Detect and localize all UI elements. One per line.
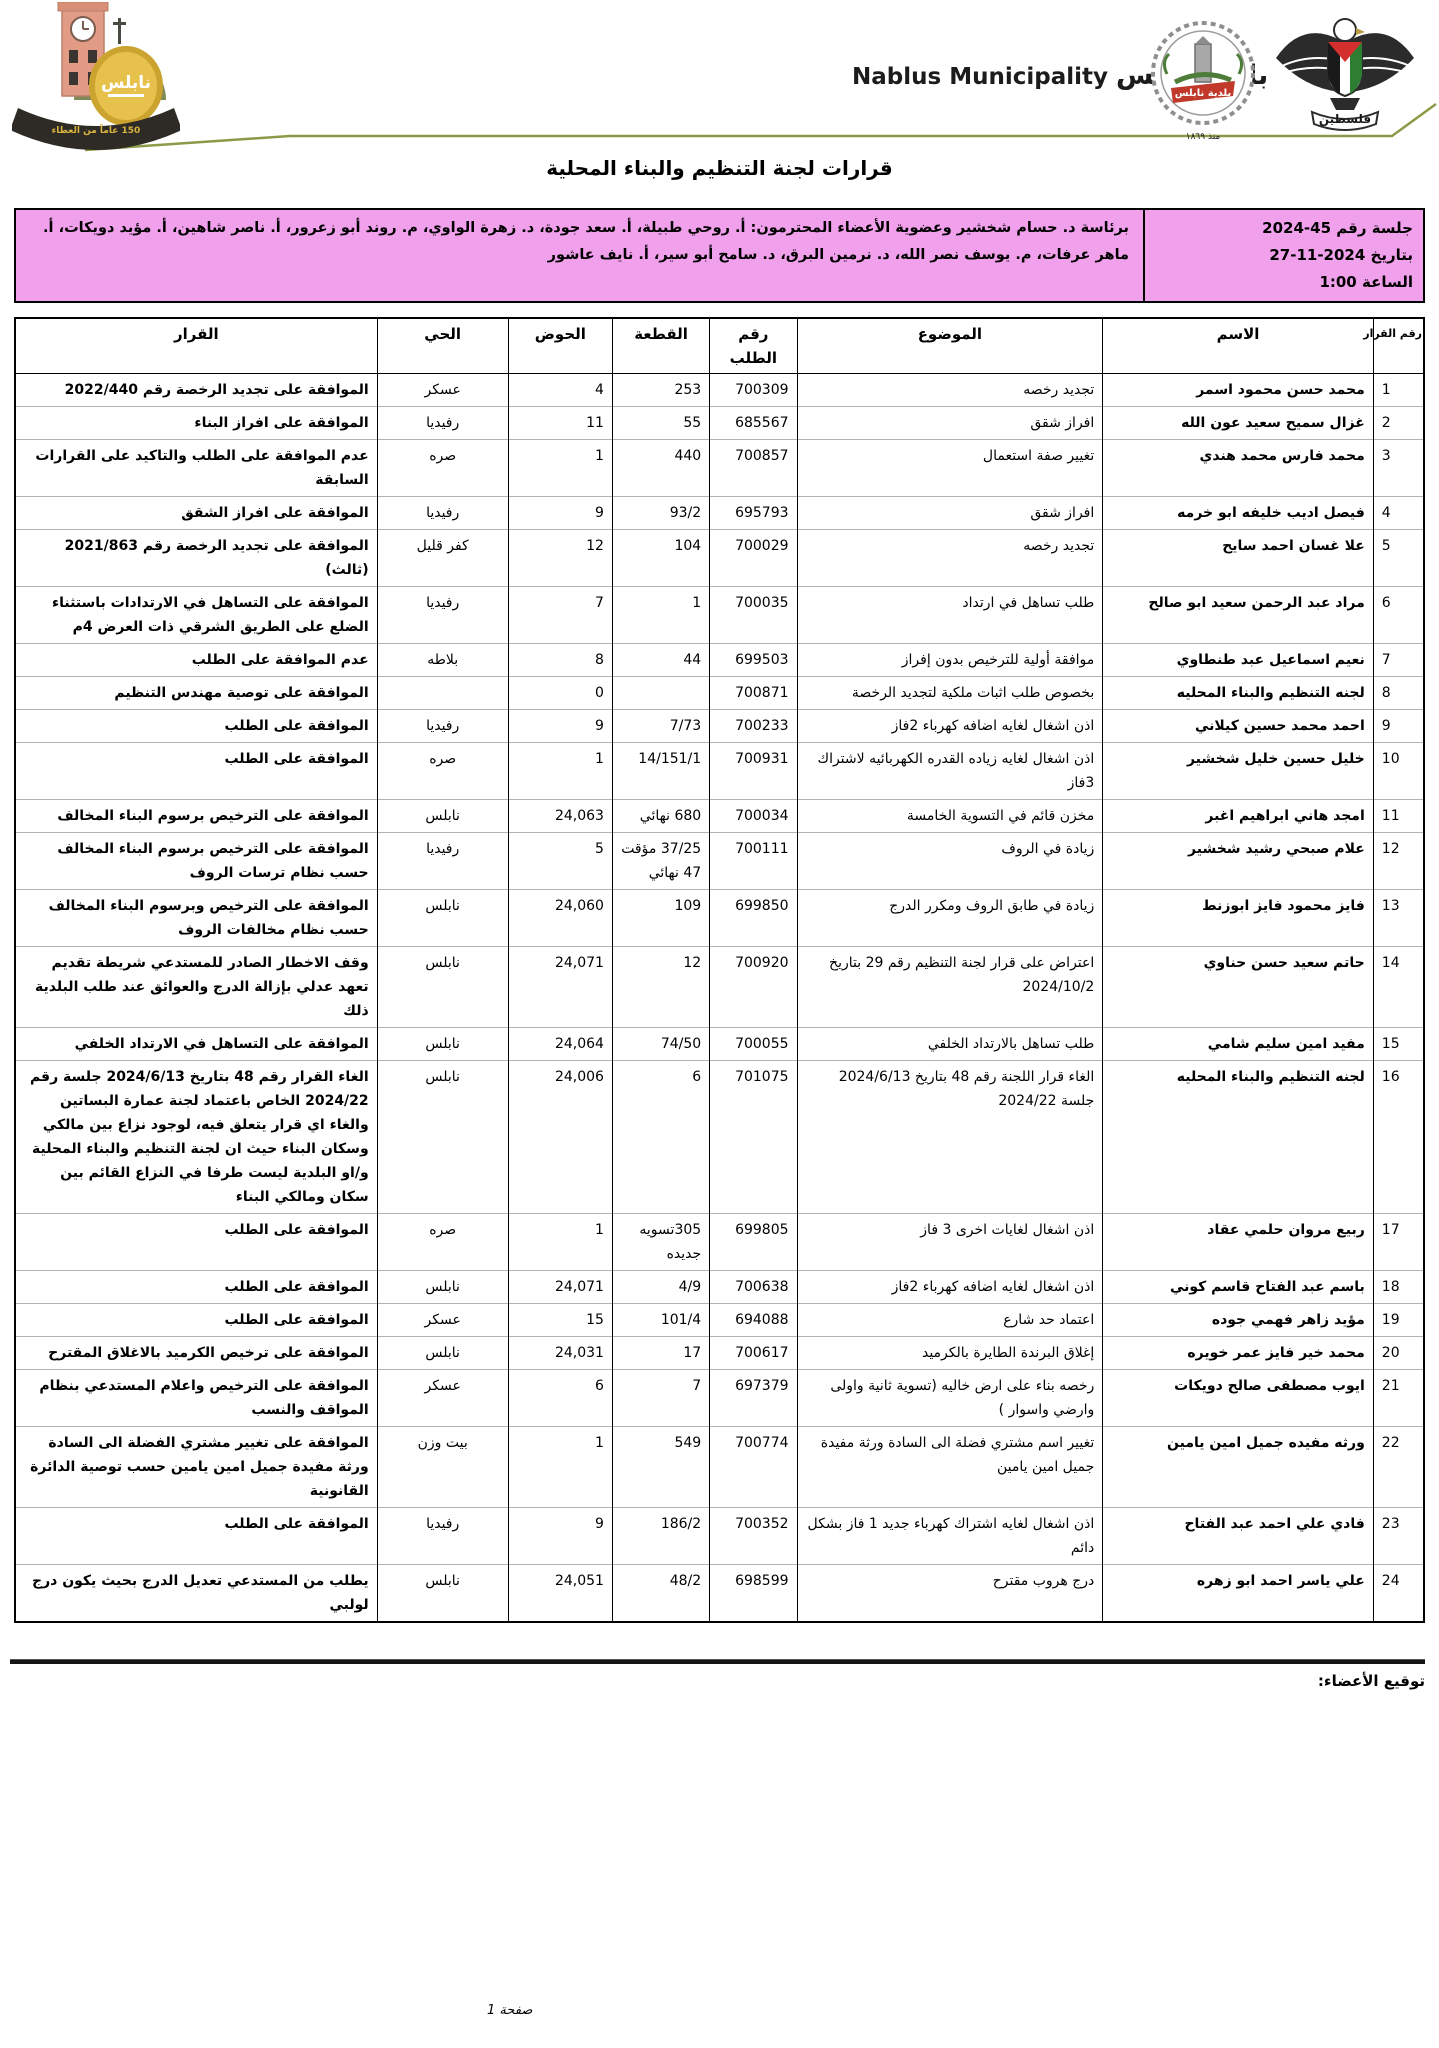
cell-subject: زيادة في طابق الروف ومكرر الدرج [797,890,1103,947]
cell-basin: 8 [508,644,612,677]
cell-name: خليل حسين خليل شخشير [1103,743,1374,800]
cell-subject: مخزن قائم في التسوية الخامسة [797,800,1103,833]
cell-subject: اذن اشغال لغايه زياده القدره الكهربائيه … [797,743,1103,800]
cell-district: رفيديا [377,710,508,743]
cell-request-no: 700055 [710,1028,797,1061]
table-row: 8 لجنه التنظيم والبناء المحليه بخصوص طلب… [15,677,1424,710]
cell-basin: 1 [508,743,612,800]
cell-basin: 24,064 [508,1028,612,1061]
cell-decision-no: 18 [1373,1271,1424,1304]
decisions-tbody: 1 محمد حسن محمود اسمر تجديد رخصه 700309 … [15,374,1424,1623]
page-number: صفحة 1 [487,2003,532,2018]
cell-district: بلاطه [377,644,508,677]
cell-district: نابلس [377,1565,508,1623]
cell-name: علي ياسر احمد ابو زهره [1103,1565,1374,1623]
cell-decision-no: 7 [1373,644,1424,677]
cell-basin: 4 [508,374,612,407]
cell-decision: الموافقة على الترخيص برسوم البناء المخال… [15,800,377,833]
cell-district: صره [377,440,508,497]
session-meta: جلسة رقم 45-2024 بتاريخ 2024-11-27 الساع… [1143,210,1423,301]
cell-name: ربيع مروان حلمي عقاد [1103,1214,1374,1271]
page-title: قرارات لجنة التنظيم والبناء المحلية [14,156,1425,180]
cell-name: مراد عبد الرحمن سعيد ابو صالح [1103,587,1374,644]
cell-plot: 7 [612,1370,709,1427]
cell-decision-no: 15 [1373,1028,1424,1061]
cell-subject: بخصوص طلب اثبات ملكية لتجديد الرخصة [797,677,1103,710]
cell-subject: رخصه بناء على ارض خاليه (تسوية ثانية واو… [797,1370,1103,1427]
cell-request-no: 700034 [710,800,797,833]
cell-plot: 186/2 [612,1508,709,1565]
cell-plot: 55 [612,407,709,440]
decisions-table: رقم القرار الاسم الموضوع رقم الطلب القطع… [14,317,1425,1623]
cell-district: عسكر [377,1304,508,1337]
cell-request-no: 694088 [710,1304,797,1337]
session-number: جلسة رقم 45-2024 [1155,215,1413,242]
cell-subject: اذن اشغال لغايه اضافه كهرباء 2فاز [797,1271,1103,1304]
table-row: 13 فايز محمود فايز ابوزنط زيادة في طابق … [15,890,1424,947]
table-row: 9 احمد محمد حسين كيلاني اذن اشغال لغايه … [15,710,1424,743]
cell-name: فايز محمود فايز ابوزنط [1103,890,1374,947]
cell-plot: 4/9 [612,1271,709,1304]
cell-request-no: 700617 [710,1337,797,1370]
table-row: 1 محمد حسن محمود اسمر تجديد رخصه 700309 … [15,374,1424,407]
table-row: 20 محمد خير فايز عمر خويره إغلاق البرندة… [15,1337,1424,1370]
cell-district: كفر قليل [377,530,508,587]
cell-plot: 104 [612,530,709,587]
cell-plot: 109 [612,890,709,947]
header-subject: الموضوع [797,318,1103,374]
cell-decision: الموافقة على تغيير مشتري الفضلة الى السا… [15,1427,377,1508]
header-basin: الحوض [508,318,612,374]
cell-plot: 44 [612,644,709,677]
cell-subject: تجديد رخصه [797,374,1103,407]
table-row: 24 علي ياسر احمد ابو زهره درج هروب مقترح… [15,1565,1424,1623]
cell-request-no: 700309 [710,374,797,407]
cell-district: صره [377,1214,508,1271]
cell-plot: 93/2 [612,497,709,530]
signature-divider [10,1659,1425,1664]
cell-name: لجنه التنظيم والبناء المحليه [1103,1061,1374,1214]
cell-basin: 5 [508,833,612,890]
table-row: 5 علا غسان احمد سايح تجديد رخصه 700029 1… [15,530,1424,587]
cell-plot: 17 [612,1337,709,1370]
cell-decision-no: 6 [1373,587,1424,644]
cell-subject: الغاء قرار اللجنة رقم 48 بتاريخ 2024/6/1… [797,1061,1103,1214]
cell-decision: عدم الموافقة على الطلب [15,644,377,677]
cell-decision: الموافقة على التساهل في الارتداد الخلفي [15,1028,377,1061]
header-decision-no: رقم القرار [1373,318,1424,374]
cell-decision-no: 19 [1373,1304,1424,1337]
table-row: 12 علام صبحي رشيد شخشير زيادة في الروف 7… [15,833,1424,890]
cell-subject: افراز شقق [797,497,1103,530]
cell-decision-no: 16 [1373,1061,1424,1214]
table-row: 4 فيصل اديب خليفه ابو خرمه افراز شقق 695… [15,497,1424,530]
cell-district: صره [377,743,508,800]
cell-decision-no: 2 [1373,407,1424,440]
cell-decision-no: 9 [1373,710,1424,743]
cell-decision-no: 10 [1373,743,1424,800]
cell-name: مؤيد زاهر فهمي جوده [1103,1304,1374,1337]
cell-district: رفيديا [377,407,508,440]
cell-decision: الموافقة على الطلب [15,743,377,800]
header-district: الحي [377,318,508,374]
cell-request-no: 699805 [710,1214,797,1271]
letterhead: 15 نابلس 150 عاماً من العطاء Nablus Muni… [0,0,1439,152]
cell-subject: اعتماد حد شارع [797,1304,1103,1337]
table-header-row: رقم القرار الاسم الموضوع رقم الطلب القطع… [15,318,1424,374]
cell-decision-no: 20 [1373,1337,1424,1370]
cell-district: نابلس [377,800,508,833]
cell-basin: 9 [508,710,612,743]
cell-subject: طلب تساهل بالارتداد الخلفي [797,1028,1103,1061]
cell-decision-no: 22 [1373,1427,1424,1508]
cell-plot: 305تسويه جديده [612,1214,709,1271]
cell-name: احمد محمد حسين كيلاني [1103,710,1374,743]
cell-decision: الموافقة على الطلب [15,1508,377,1565]
palestine-emblem: فلسطين [1268,14,1422,132]
cell-name: فادي علي احمد عبد الفتاح [1103,1508,1374,1565]
cell-request-no: 695793 [710,497,797,530]
cell-plot: 12 [612,947,709,1028]
cell-basin: 24,071 [508,1271,612,1304]
table-row: 2 غزال سميح سعيد عون الله افراز شقق 6855… [15,407,1424,440]
cell-request-no: 685567 [710,407,797,440]
header-plot: القطعة [612,318,709,374]
cell-decision: الموافقة على افراز البناء [15,407,377,440]
header-decision: القرار [15,318,377,374]
cell-district: بيت وزن [377,1427,508,1508]
cell-basin: 6 [508,1370,612,1427]
cell-decision-no: 14 [1373,947,1424,1028]
cell-decision: الموافقة على تجديد الرخصة رقم 2022/440 [15,374,377,407]
cell-decision-no: 12 [1373,833,1424,890]
cell-request-no: 701075 [710,1061,797,1214]
cell-subject: تغيير اسم مشتري فضلة الى السادة ورثة مفي… [797,1427,1103,1508]
cell-name: حاتم سعيد حسن حناوي [1103,947,1374,1028]
cell-decision-no: 8 [1373,677,1424,710]
table-row: 15 مفيد امين سليم شامي طلب تساهل بالارتد… [15,1028,1424,1061]
cell-decision-no: 3 [1373,440,1424,497]
cell-plot: 48/2 [612,1565,709,1623]
cell-basin: 12 [508,530,612,587]
document-page: 15 نابلس 150 عاماً من العطاء Nablus Muni… [0,0,1439,2048]
cell-decision: الموافقة على الترخيص برسوم البناء المخال… [15,833,377,890]
cell-district: نابلس [377,947,508,1028]
crest-ribbon-text: بلدية نابلس [1175,88,1231,99]
cell-subject: اعتراض على قرار لجنة التنظيم رقم 29 بتار… [797,947,1103,1028]
cell-request-no: 700774 [710,1427,797,1508]
cell-plot: 7/73 [612,710,709,743]
table-row: 18 باسم عبد الفتاح قاسم كوني اذن اشغال ل… [15,1271,1424,1304]
header-name: الاسم [1103,318,1374,374]
cell-subject: طلب تساهل في ارتداد [797,587,1103,644]
cell-subject: افراز شقق [797,407,1103,440]
table-row: 17 ربيع مروان حلمي عقاد اذن اشغال لغايات… [15,1214,1424,1271]
table-row: 16 لجنه التنظيم والبناء المحليه الغاء قر… [15,1061,1424,1214]
cell-plot: 6 [612,1061,709,1214]
cell-plot: 101/4 [612,1304,709,1337]
cell-name: نعيم اسماعيل عبد طنطاوي [1103,644,1374,677]
cell-decision-no: 24 [1373,1565,1424,1623]
table-row: 22 ورثه مفيده جميل امين يامين تغيير اسم … [15,1427,1424,1508]
table-row: 10 خليل حسين خليل شخشير اذن اشغال لغايه … [15,743,1424,800]
signature-label: توقيع الأعضاء: [14,1672,1425,1690]
cell-plot: 680 نهائي [612,800,709,833]
cell-plot [612,677,709,710]
cell-name: باسم عبد الفتاح قاسم كوني [1103,1271,1374,1304]
brand-english: Nablus Municipality [852,64,1108,90]
table-row: 6 مراد عبد الرحمن سعيد ابو صالح طلب تساه… [15,587,1424,644]
cell-basin: 9 [508,497,612,530]
cell-subject: اذن اشغال لغايات اخرى 3 فاز [797,1214,1103,1271]
cell-request-no: 698599 [710,1565,797,1623]
cell-plot: 74/50 [612,1028,709,1061]
crest-caption: منذ ١٨٦٩ [1186,132,1221,142]
anniversary-number-text: 15 [12,41,14,118]
cell-district: عسكر [377,1370,508,1427]
cell-decision: الموافقة على الترخيص وبرسوم البناء المخا… [15,890,377,947]
cell-basin: 11 [508,407,612,440]
cell-subject: اذن اشغال لغايه اضافه كهرباء 2فاز [797,710,1103,743]
cell-decision-no: 1 [1373,374,1424,407]
cell-decision-no: 17 [1373,1214,1424,1271]
table-row: 19 مؤيد زاهر فهمي جوده اعتماد حد شارع 69… [15,1304,1424,1337]
eagle-beak [1356,28,1365,35]
cell-decision: الموافقة على التساهل في الارتدادات باستث… [15,587,377,644]
cell-request-no: 700638 [710,1271,797,1304]
cell-decision: يطلب من المستدعي تعديل الدرج بحيث يكون د… [15,1565,377,1623]
anniversary-nablus-text: نابلس [101,73,151,93]
eagle-tail [1330,98,1360,110]
table-row: 21 ايوب مصطفى صالح دويكات رخصه بناء على … [15,1370,1424,1427]
cell-decision: عدم الموافقة على الطلب والتاكيد على القر… [15,440,377,497]
cell-decision-no: 11 [1373,800,1424,833]
cell-request-no: 700871 [710,677,797,710]
cell-decision-no: 5 [1373,530,1424,587]
cell-decision: الموافقة على الطلب [15,1214,377,1271]
cell-decision: الموافقة على الطلب [15,1271,377,1304]
cell-subject: تغيير صفة استعمال [797,440,1103,497]
cell-plot: 14/151/1 [612,743,709,800]
cell-decision-no: 23 [1373,1508,1424,1565]
cell-name: علا غسان احمد سايح [1103,530,1374,587]
cell-request-no: 700029 [710,530,797,587]
cell-basin: 15 [508,1304,612,1337]
cell-decision: الموافقة على ترخيص الكرميد بالاغلاق المق… [15,1337,377,1370]
cell-name: فيصل اديب خليفه ابو خرمه [1103,497,1374,530]
cell-district: عسكر [377,374,508,407]
cell-plot: 253 [612,374,709,407]
cell-basin: 0 [508,677,612,710]
cell-decision: الموافقة على تجديد الرخصة رقم 2021/863 (… [15,530,377,587]
cell-district: نابلس [377,1271,508,1304]
cell-name: غزال سميح سعيد عون الله [1103,407,1374,440]
cell-decision-no: 21 [1373,1370,1424,1427]
session-attendees: برئاسة د. حسام شخشير وعضوية الأعضاء المح… [16,210,1143,301]
cell-name: امجد هاني ابراهيم اغبر [1103,800,1374,833]
cell-request-no: 697379 [710,1370,797,1427]
cell-plot: 1 [612,587,709,644]
cell-basin: 24,051 [508,1565,612,1623]
cell-request-no: 700111 [710,833,797,890]
cell-plot: 549 [612,1427,709,1508]
anniversary-150-logo: 15 نابلس 150 عاماً من العطاء [12,2,180,152]
cell-basin: 1 [508,440,612,497]
cell-name: لجنه التنظيم والبناء المحليه [1103,677,1374,710]
cell-district: نابلس [377,1337,508,1370]
cell-name: ايوب مصطفى صالح دويكات [1103,1370,1374,1427]
cell-decision: الموافقة على الطلب [15,710,377,743]
table-row: 14 حاتم سعيد حسن حناوي اعتراض على قرار ل… [15,947,1424,1028]
eagle-head [1334,19,1356,41]
cell-district: رفيديا [377,1508,508,1565]
cell-subject: زيادة في الروف [797,833,1103,890]
cell-name: محمد فارس محمد هندي [1103,440,1374,497]
cell-basin: 1 [508,1214,612,1271]
cell-basin: 24,060 [508,890,612,947]
cell-decision: وقف الاخطار الصادر للمستدعي شريطة تقديم … [15,947,377,1028]
cell-plot: 440 [612,440,709,497]
cell-name: محمد حسن محمود اسمر [1103,374,1374,407]
table-row: 11 امجد هاني ابراهيم اغبر مخزن قائم في ا… [15,800,1424,833]
cell-district: نابلس [377,1028,508,1061]
cell-request-no: 699850 [710,890,797,947]
cell-basin: 24,006 [508,1061,612,1214]
cell-decision: الموافقة على الطلب [15,1304,377,1337]
cell-basin: 24,063 [508,800,612,833]
cell-basin: 1 [508,1427,612,1508]
cell-request-no: 700035 [710,587,797,644]
cell-basin: 7 [508,587,612,644]
cell-district [377,677,508,710]
cell-name: محمد خير فايز عمر خويره [1103,1337,1374,1370]
header-request-no: رقم الطلب [710,318,797,374]
cell-district: رفيديا [377,497,508,530]
cell-decision: الموافقة على افراز الشقق [15,497,377,530]
cell-request-no: 700233 [710,710,797,743]
cell-request-no: 700857 [710,440,797,497]
cell-request-no: 700352 [710,1508,797,1565]
cell-request-no: 700920 [710,947,797,1028]
municipality-crest: بلدية نابلس منذ ١٨٦٩ [1145,18,1261,144]
cell-plot: 37/25 مؤقت 47 نهائي [612,833,709,890]
emblem-caption: فلسطين [1319,112,1371,126]
cell-request-no: 700931 [710,743,797,800]
session-date: بتاريخ 2024-11-27 [1155,242,1413,269]
table-row: 7 نعيم اسماعيل عبد طنطاوي موافقة أولية ل… [15,644,1424,677]
cell-request-no: 699503 [710,644,797,677]
cell-subject: إغلاق البرندة الطايرة بالكرميد [797,1337,1103,1370]
cell-decision: الغاء القرار رقم 48 بتاريخ 2024/6/13 جلس… [15,1061,377,1214]
cell-decision: الموافقة على الترخيص واعلام المستدعي بنظ… [15,1370,377,1427]
cell-basin: 24,071 [508,947,612,1028]
cell-district: رفيديا [377,833,508,890]
cell-subject: موافقة أولية للترخيص بدون إفراز [797,644,1103,677]
session-info-box: جلسة رقم 45-2024 بتاريخ 2024-11-27 الساع… [14,208,1425,303]
cell-district: نابلس [377,890,508,947]
table-row: 3 محمد فارس محمد هندي تغيير صفة استعمال … [15,440,1424,497]
cell-name: ورثه مفيده جميل امين يامين [1103,1427,1374,1508]
cell-subject: اذن اشغال لغايه اشتراك كهرباء جديد 1 فاز… [797,1508,1103,1565]
cell-district: نابلس [377,1061,508,1214]
cell-decision: الموافقة على توصية مهندس التنظيم [15,677,377,710]
cell-decision-no: 4 [1373,497,1424,530]
cell-decision-no: 13 [1373,890,1424,947]
cell-subject: تجديد رخصه [797,530,1103,587]
cell-basin: 9 [508,1508,612,1565]
session-time: الساعة 1:00 [1155,269,1413,296]
cell-basin: 24,031 [508,1337,612,1370]
table-row: 23 فادي علي احمد عبد الفتاح اذن اشغال لغ… [15,1508,1424,1565]
cell-name: مفيد امين سليم شامي [1103,1028,1374,1061]
cell-name: علام صبحي رشيد شخشير [1103,833,1374,890]
cell-district: رفيديا [377,587,508,644]
cell-subject: درج هروب مقترح [797,1565,1103,1623]
